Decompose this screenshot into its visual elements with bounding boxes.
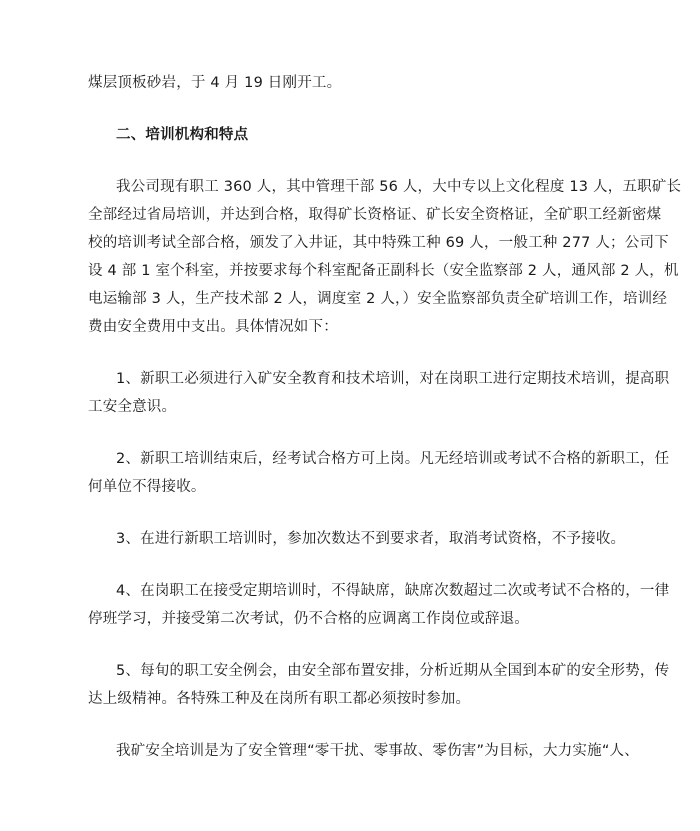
list-item-4: 4、在岗职工在接受定期培训时，不得缺席，缺席次数超过二次或考试不合格的，一律 bbox=[116, 581, 669, 601]
list-item-1: 1、新职工必须进行入矿安全教育和技术培训，对在岗职工进行定期技术培训，提高职 bbox=[116, 369, 669, 389]
paragraph-line: 全部经过省局培训，并达到合格，取得矿长资格证、矿长安全资格证，全矿职工经新密煤 bbox=[88, 205, 661, 225]
list-item-3: 3、在进行新职工培训时，参加次数达不到要求者，取消考试资格，不予接收。 bbox=[116, 529, 625, 549]
document-page: 煤层顶板砂岩，于 4 月 19 日刚开工。 二、培训机构和特点 我公司现有职工 … bbox=[0, 0, 700, 831]
list-item-1-cont: 工安全意识。 bbox=[88, 397, 176, 417]
list-item-2-cont: 何单位不得接收。 bbox=[88, 477, 206, 497]
paragraph-line: 电运输部 3 人，生产技术部 2 人，调度室 2 人，）安全监察部负责全矿培训工… bbox=[88, 289, 667, 309]
paragraph-line: 煤层顶板砂岩，于 4 月 19 日刚开工。 bbox=[88, 73, 341, 93]
paragraph-line: 费由安全费用中支出。具体情况如下： bbox=[88, 317, 338, 337]
list-item-2: 2、新职工培训结束后，经考试合格方可上岗。凡无经培训或考试不合格的新职工，任 bbox=[116, 449, 669, 469]
section-heading: 二、培训机构和特点 bbox=[116, 125, 248, 145]
paragraph-line: 我矿安全培训是为了安全管理“零干扰、零事故、零伤害”为目标，大力实施“人、 bbox=[116, 741, 639, 761]
list-item-5: 5、每旬的职工安全例会，由安全部布置安排，分析近期从全国到本矿的安全形势，传 bbox=[116, 661, 669, 681]
list-item-5-cont: 达上级精神。各特殊工种及在岗所有职工都必须按时参加。 bbox=[88, 689, 470, 709]
paragraph-line: 校的培训考试全部合格，颁发了入井证，其中特殊工种 69 人，一般工种 277 人… bbox=[88, 233, 669, 253]
list-item-4-cont: 停班学习，并接受第二次考试，仍不合格的应调离工作岗位或辞退。 bbox=[88, 609, 529, 629]
paragraph-line: 设 4 部 1 室个科室，并按要求每个科室配备正副科长（安全监察部 2 人，通风… bbox=[88, 261, 679, 281]
paragraph-line: 我公司现有职工 360 人，其中管理干部 56 人，大中专以上文化程度 13 人… bbox=[116, 177, 681, 197]
